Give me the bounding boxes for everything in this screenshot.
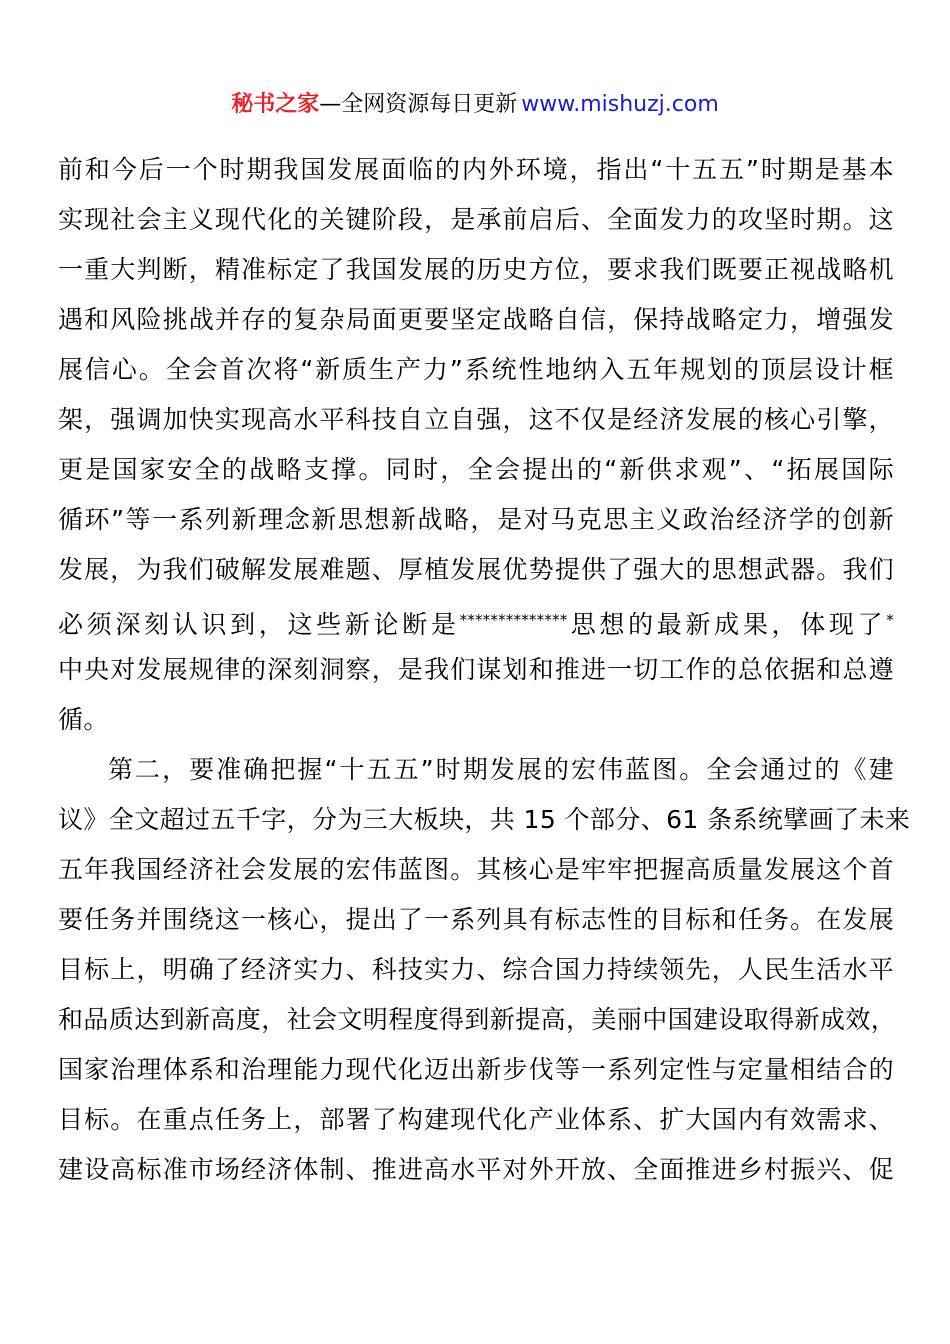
text-line: 前和今后一个时期我国发展面临的内外环境，指出“十五五”时期是基本 bbox=[58, 145, 894, 195]
text-line: 国家治理体系和治理能力现代化迈出新步伐等一系列定性与定量相结合的 bbox=[58, 1045, 894, 1095]
text-line: 目标。在重点任务上，部署了构建现代化产业体系、扩大国内有效需求、 bbox=[58, 1095, 894, 1145]
brand-name: 秘书之家 bbox=[231, 92, 319, 117]
text-line: 实现社会主义现代化的关键阶段，是承前启后、全面发力的攻坚时期。这 bbox=[58, 195, 894, 245]
text-line: 建设高标准市场经济体制、推进高水平对外开放、全面推进乡村振兴、促 bbox=[58, 1145, 894, 1195]
text-line: 五年我国经济社会发展的宏伟蓝图。其核心是牢牢把握高质量发展这个首 bbox=[58, 845, 894, 895]
text-line: 循环”等一系列新理念新思想新战略，是对马克思主义政治经济学的创新 bbox=[58, 495, 894, 545]
text-line: 循。 bbox=[58, 695, 894, 745]
masked-text-line: 必须深刻认识到，这些新论断是**************思想的最新成果，体现了* bbox=[58, 595, 894, 645]
text-line: 架，强调加快实现高水平科技自立自强，这不仅是经济发展的核心引擎， bbox=[58, 395, 894, 445]
text-line: 要任务并围绕这一核心，提出了一系列具有标志性的目标和任务。在发展 bbox=[58, 895, 894, 945]
site-url-link[interactable]: www.mishuzj.com bbox=[521, 92, 718, 117]
redacted-mask: * bbox=[886, 611, 894, 629]
text-line: 和品质达到新高度，社会文明程度得到新提高，美丽中国建设取得新成效， bbox=[58, 995, 894, 1045]
text-segment: 思想的最新成果，体现了 bbox=[567, 610, 886, 639]
text-line: 目标上，明确了经济实力、科技实力、综合国力持续领先，人民生活水平 bbox=[58, 945, 894, 995]
text-line: 发展，为我们破解发展难题、厚植发展优势提供了强大的思想武器。我们 bbox=[58, 545, 894, 595]
paragraph-1: 前和今后一个时期我国发展面临的内外环境，指出“十五五”时期是基本 实现社会主义现… bbox=[58, 145, 894, 745]
text-line: 一重大判断，精准标定了我国发展的历史方位，要求我们既要正视战略机 bbox=[58, 245, 894, 295]
paragraph-2: 第二，要准确把握“十五五”时期发展的宏伟蓝图。全会通过的《建 议》全文超过五千字… bbox=[58, 745, 894, 1195]
text-line: 议》全文超过五千字，分为三大板块，共 15 个部分、61 条系统擘画了未来 bbox=[58, 795, 894, 845]
text-line: 更是国家安全的战略支撑。同时，全会提出的“新供求观”、“拓展国际 bbox=[58, 445, 894, 495]
page-header: 秘书之家—全网资源每日更新www.mishuzj.com bbox=[0, 88, 950, 122]
redacted-mask: ************** bbox=[460, 611, 568, 629]
text-line: 遇和风险挑战并存的复杂局面更要坚定战略自信，保持战略定力，增强发 bbox=[58, 295, 894, 345]
text-segment: 必须深刻认识到，这些新论断是 bbox=[58, 610, 460, 639]
text-line: 第二，要准确把握“十五五”时期发展的宏伟蓝图。全会通过的《建 bbox=[58, 745, 894, 795]
header-tagline: —全网资源每日更新 bbox=[319, 92, 517, 117]
text-line: 中央对发展规律的深刻洞察，是我们谋划和推进一切工作的总依据和总遵 bbox=[58, 645, 894, 695]
document-body: 前和今后一个时期我国发展面临的内外环境，指出“十五五”时期是基本 实现社会主义现… bbox=[58, 145, 894, 1195]
text-line: 展信心。全会首次将“新质生产力”系统性地纳入五年规划的顶层设计框 bbox=[58, 345, 894, 395]
